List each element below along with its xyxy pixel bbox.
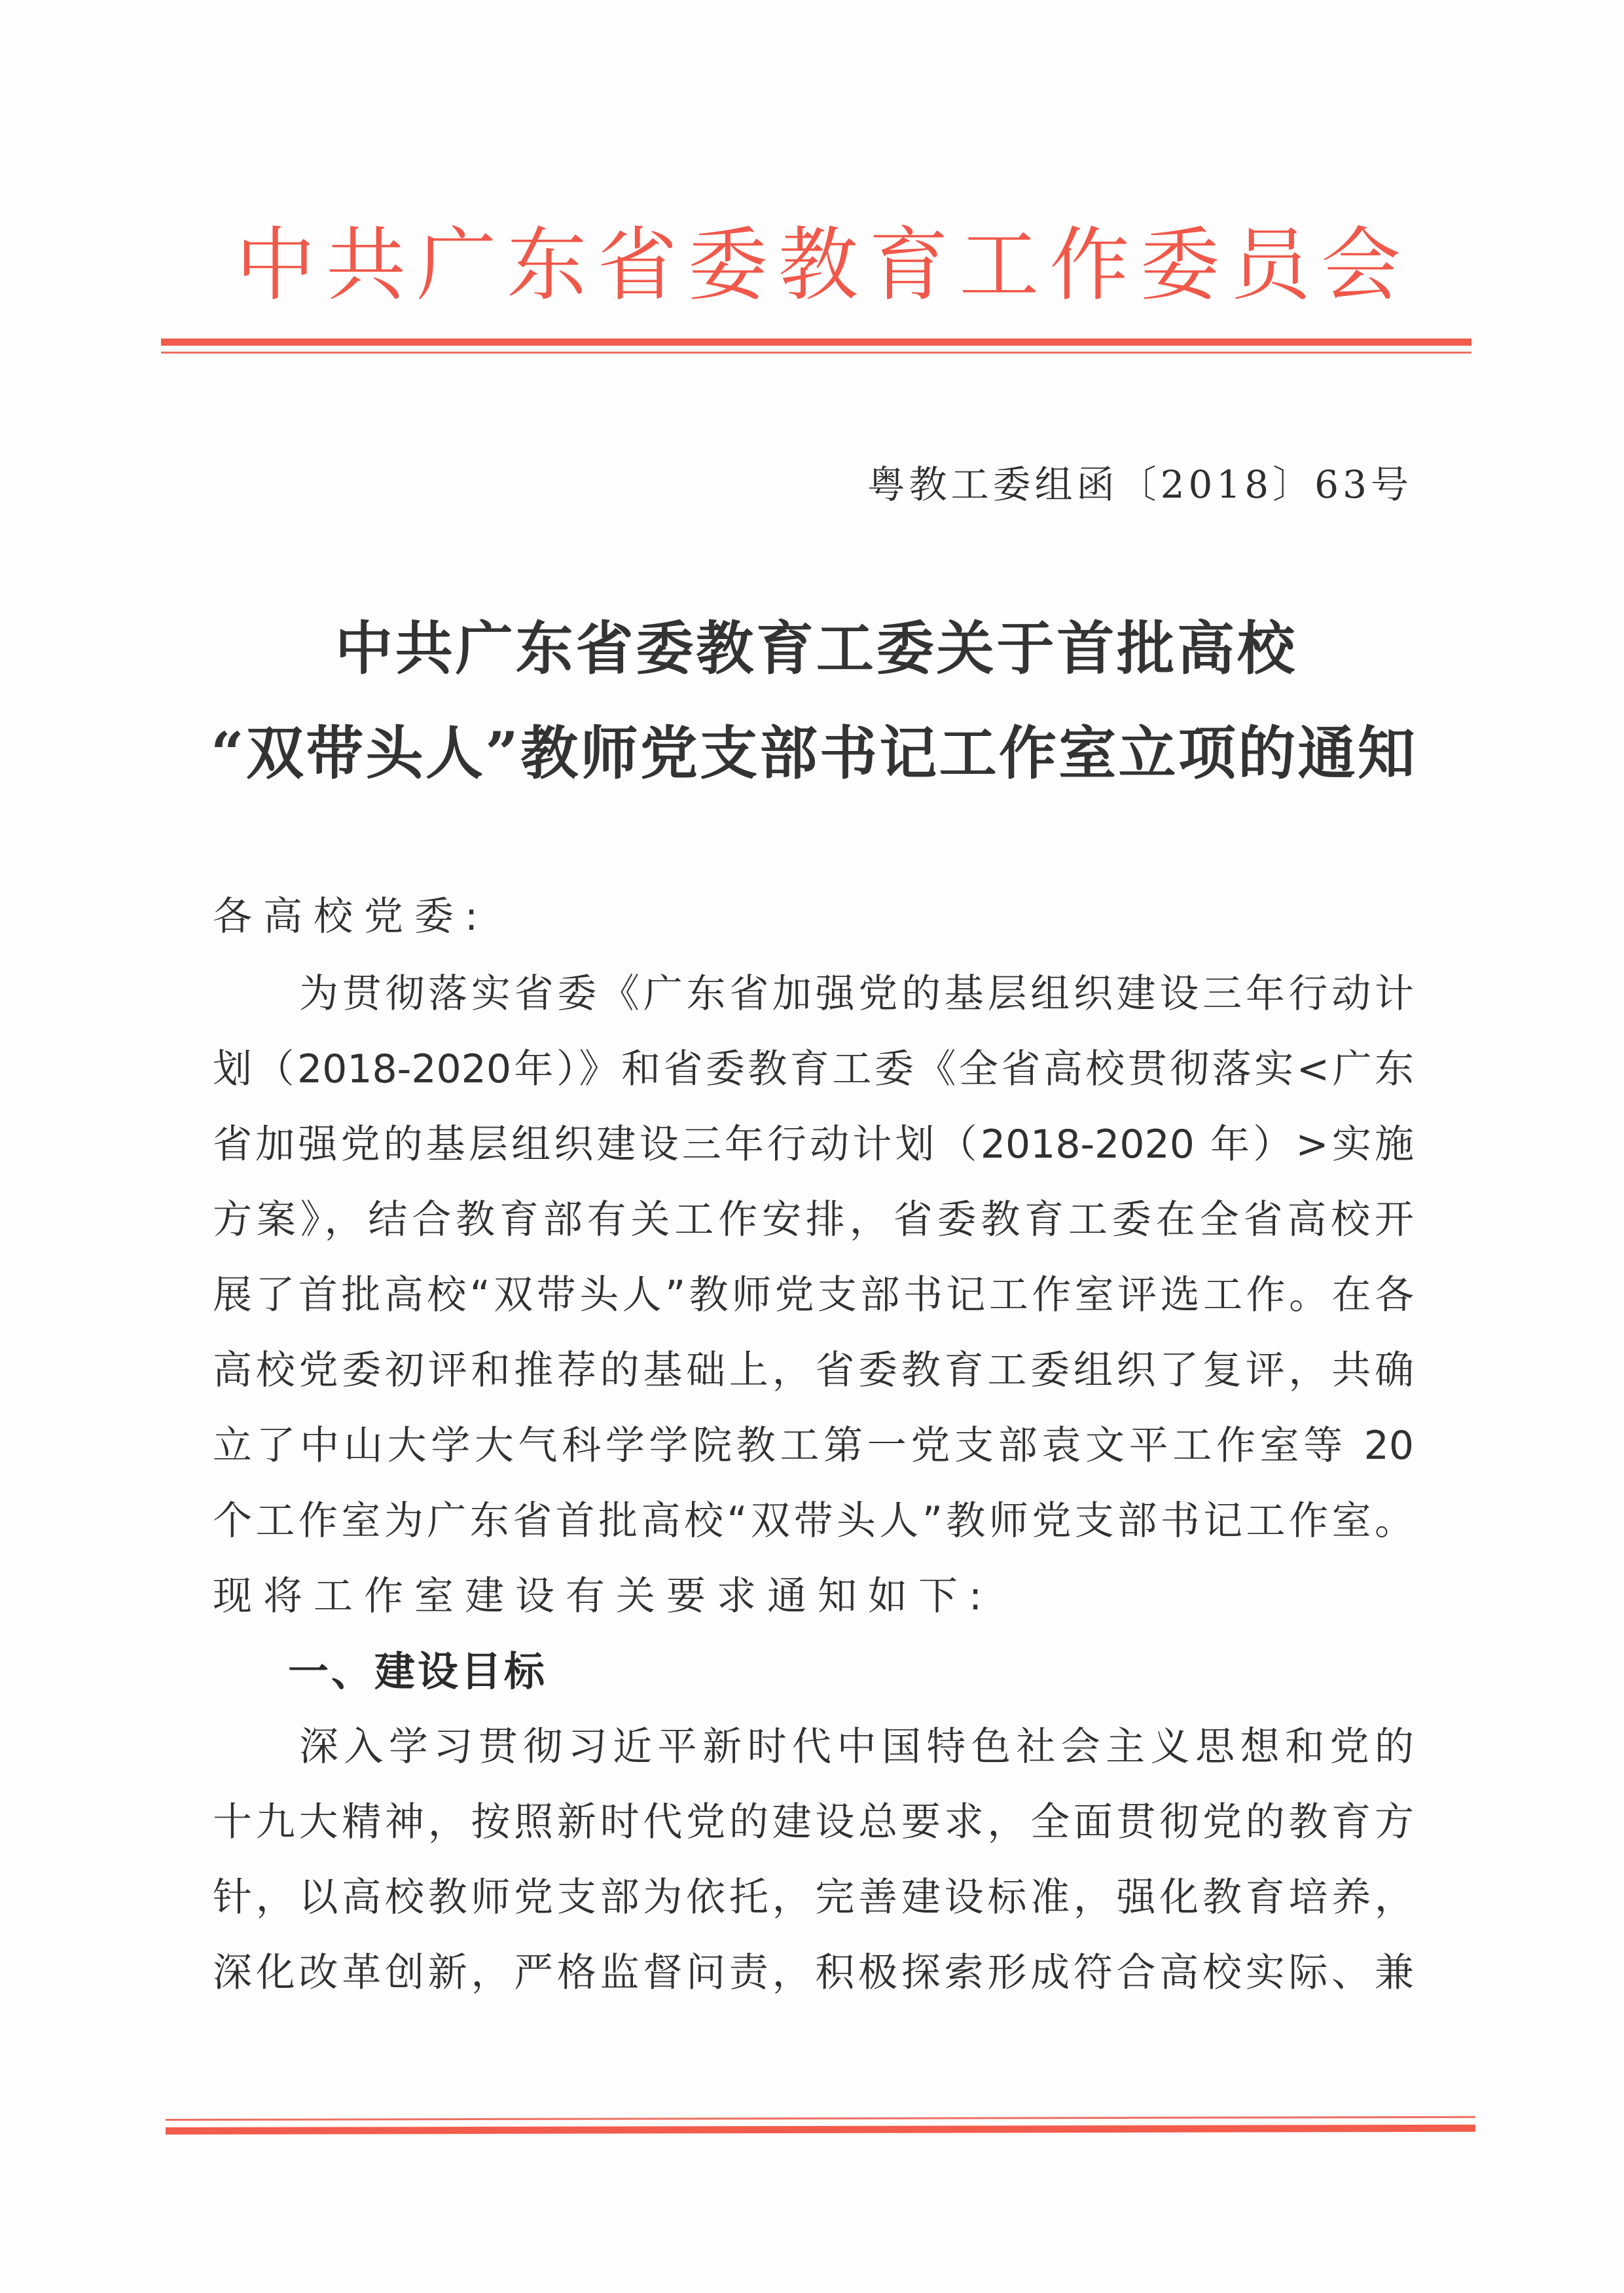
paragraph-line: 展了首批高校“双带头人”教师党支部书记工作室评选工作。在各 [213,1266,1414,1325]
paragraph-line: 深化改革创新，严格监督问责，积极探索形成符合高校实际、兼 [213,1943,1414,2002]
document-page: 中共广东省委教育工作委员会 粤教工委组函〔2018〕63号 中共广东省委教育工委… [0,0,1624,2293]
document-heading-line-1: 中共广东省委教育工委关于首批高校 [335,612,1295,684]
salutation: 各高校党委: [213,887,489,946]
footer-rule-thick [166,2125,1475,2135]
letterhead-rule-thin [161,352,1471,354]
paragraph-line: 针，以高校教师党支部为依托，完善建设标准，强化教育培养， [213,1868,1414,1927]
document-number: 粤教工委组函〔2018〕63号 [867,458,1413,511]
footer-rule-thin [166,2116,1475,2121]
paragraph-line: 十九大精神，按照新时代党的建设总要求，全面贯彻党的教育方 [213,1793,1414,1852]
paragraph-line: 现将工作室建设有关要求通知如下: [213,1567,993,1626]
paragraph-line: 划（2018-2020年）》和省委教育工委《全省高校贯彻落实<广东 [213,1040,1414,1099]
paragraph-line: 个工作室为广东省首批高校“双带头人”教师党支部书记工作室。 [213,1492,1414,1550]
paragraph-line: 省加强党的基层组织建设三年行动计划（2018-2020 年）>实施 [213,1115,1414,1174]
section-heading: 一、建设目标 [288,1642,547,1701]
paragraph-line: 为贯彻落实省委《广东省加强党的基层组织建设三年行动计 [299,964,1414,1023]
letterhead-rule-thick [161,339,1471,346]
paragraph-line: 高校党委初评和推荐的基础上，省委教育工委组织了复评，共确 [213,1341,1414,1400]
paragraph-line: 深入学习贯彻习近平新时代中国特色社会主义思想和党的 [299,1717,1414,1776]
letterhead-title: 中共广东省委教育工作委员会 [236,216,1401,314]
paragraph-line: 立了中山大学大气科学学院教工第一党支部袁文平工作室等 20 [213,1416,1414,1475]
paragraph-line: 方案》，结合教育部有关工作安排，省委教育工委在全省高校开 [213,1190,1414,1249]
document-heading-line-2: “双带头人”教师党支部书记工作室立项的通知 [211,717,1415,789]
